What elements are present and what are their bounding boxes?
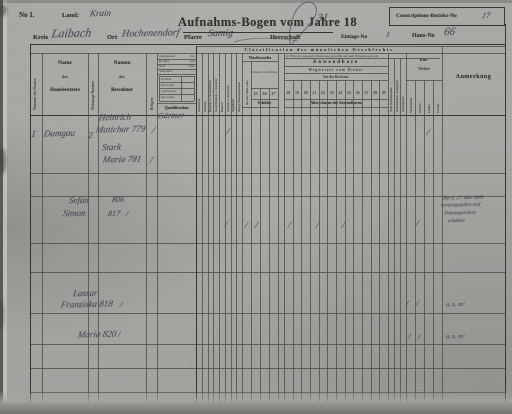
handwritten-entry: /: [151, 126, 155, 135]
anwendbare-age-header: 24: [336, 91, 345, 95]
grid-hline: [284, 66, 388, 67]
anwendbare-age-header: 19: [293, 91, 302, 95]
revision-row-label: Abwesende: [161, 95, 181, 99]
handwritten-entry: Damgau: [43, 129, 76, 139]
grid-vline: [301, 80, 302, 402]
anwendbare-age-header: 29: [379, 91, 388, 95]
grid-vline: [336, 80, 337, 402]
anwendbare-age-header: 20: [301, 91, 310, 95]
grid-vline: [406, 53, 407, 402]
class-column-label: Beamte u. Honoratioren: [208, 56, 212, 112]
weiber-column-label: Ledige: [427, 82, 431, 113]
stichtag-row-value: —: [191, 69, 194, 73]
scan-bottom-band: [0, 403, 512, 414]
handwritten-entry: /: [426, 128, 430, 137]
anwendbare-age-header: 28: [371, 91, 380, 95]
handwritten-entry: Heinrich: [98, 113, 132, 123]
herrschaft-label: Herrschaft: [270, 34, 300, 41]
handwritten-entry: /: [117, 331, 120, 339]
grid-hline: [284, 73, 388, 74]
nachwuchs-age-header: 15: [251, 91, 260, 96]
grid-vline: [30, 44, 31, 402]
scanned-census-form: No 1. Land: Krain Conscriptions-Bezirks-…: [0, 0, 512, 414]
grid-hline: [251, 99, 278, 100]
stichtag-row: Buch1846: [159, 64, 195, 68]
kreis-value-handwritten: Laibach: [51, 27, 92, 40]
right-column-label: Zum Dienste untauglich: [395, 62, 399, 112]
scan-edge-left-light: [3, 0, 7, 414]
kreis-label: Kreis: [33, 34, 48, 41]
stichtag-row-label: Gestorben: [159, 69, 172, 73]
handwritten-entry: Mit d. 17. Mai 1846: [443, 196, 484, 202]
handwritten-entry: /: [417, 333, 420, 341]
handwritten-entry: /: [405, 300, 408, 308]
conscription-district-value-handwritten: 17: [481, 12, 490, 20]
conscription-district-label: Conscriptions-Bezirks-No: [396, 13, 457, 19]
grid-vline: [98, 53, 99, 402]
conscription-district-box: Conscriptions-Bezirks-No 17: [389, 7, 505, 26]
nachwuchs-age-header: 17: [269, 91, 278, 96]
grid-vline: [181, 76, 182, 101]
handwritten-entry: /: [149, 156, 153, 165]
grid-hline: [251, 88, 278, 89]
handwritten-entry: 817: [107, 210, 120, 218]
grid-hline: [284, 58, 440, 59]
weiber-column-label: Fremde: [436, 82, 440, 113]
handwritten-entry: /: [119, 301, 122, 309]
stichtag-row-value: Jun: [190, 54, 194, 58]
column-label-religion: Religion: [150, 60, 154, 110]
grid-vline: [371, 80, 372, 402]
classification-banner: Classification des männlichen Geschlecht…: [196, 47, 442, 52]
class-column-label: Adelige: [203, 56, 207, 112]
grid-vline: [353, 80, 354, 402]
anwendbare-age-header: 23: [327, 91, 336, 95]
handwritten-entry: /: [407, 333, 410, 341]
column-label-hausbesitzer-2: des: [42, 74, 88, 79]
grid-vline: [242, 53, 243, 402]
stichtag-row-label: Weggegeben:: [159, 54, 176, 58]
grid-vline: [278, 53, 279, 402]
grid-vline: [88, 53, 89, 402]
handwritten-entry: Gärtner: [157, 112, 184, 121]
weiber-column-label: Verehelichte: [409, 82, 413, 113]
grid-vline: [442, 46, 443, 402]
stichtag-row-label: Im Jahre: [159, 59, 170, 63]
grid-hline: [30, 44, 505, 45]
column-label-haus-nummer: Nummer des Hauses: [33, 58, 37, 110]
handwritten-entry: /: [244, 221, 248, 230]
grid-hline: [30, 53, 505, 54]
anwendbare-age-header: 22: [319, 91, 328, 95]
handwritten-entry: Maria 781: [102, 155, 142, 165]
haus-label: Haus-No: [412, 33, 435, 39]
nachwuchs-age-header: 16: [260, 91, 269, 96]
handwritten-entry: /: [125, 210, 128, 218]
pfarre-value-handwritten: Samig: [207, 29, 234, 40]
handwritten-entry: /: [224, 220, 228, 229]
column-label-hausbesitzer-1: Name: [42, 60, 88, 66]
grid-vline: [310, 80, 311, 402]
einlage-label: Einlage-No: [341, 34, 367, 40]
grid-vline: [42, 53, 43, 402]
ort-label: Ort: [107, 34, 117, 41]
handwritten-entry: a. n. m/: [446, 302, 465, 308]
grid-vline: [379, 80, 380, 402]
handwritten-entry: /: [415, 300, 418, 308]
stichtag-row: Weggegeben:Jun: [159, 54, 195, 58]
land-label: Land:: [62, 12, 79, 19]
column-label-wohnungs-nummer: Wohnungs-Nummer: [91, 58, 95, 110]
anwendbare-age-header: 25: [345, 91, 354, 95]
anwendbare-age-header: 21: [310, 91, 319, 95]
grid-vline: [327, 80, 328, 402]
handwritten-entry: Lassar: [72, 289, 98, 299]
anmerkung-label: Anmerkung: [442, 74, 505, 80]
grid-hline: [157, 74, 196, 75]
qualification-label: Qualification: [157, 105, 196, 110]
grid-vline: [345, 80, 346, 402]
einlage-value-handwritten: 1: [385, 31, 390, 39]
scan-bottom-fade: [0, 390, 512, 403]
pfarre-label: Pfarre: [184, 34, 202, 41]
grid-hline: [157, 103, 196, 104]
stichtag-row-value: 1846: [188, 64, 194, 68]
handwritten-entry: /: [225, 128, 229, 138]
right-column-label: Vom Militärstande: [389, 62, 393, 112]
anwendbare-sub2: bei der Revision: [284, 75, 388, 79]
ort-value-handwritten: Hochenendorf: [121, 28, 180, 39]
grid-vline: [433, 80, 434, 402]
revision-row-label: Revision: [161, 77, 181, 81]
class-column-label: Bauern: [220, 56, 224, 112]
anwendbare-age-header: 27: [362, 91, 371, 95]
class-column-label: Häusler u. Inwohner: [226, 56, 230, 112]
weiber-title-2: Weiber: [406, 66, 442, 71]
nachwuchs-mid-label: im Alter von Jahren: [251, 70, 278, 74]
column-label-bewohner-3: Bewohner: [98, 88, 146, 93]
grid-vline: [146, 53, 147, 402]
handwritten-entry: Sefan: [68, 196, 89, 205]
land-value-handwritten: Krain: [89, 9, 111, 18]
grid-vline: [157, 53, 158, 402]
handwritten-entry: Simon: [62, 209, 86, 218]
grid-vline: [284, 53, 285, 402]
column-label-bewohner-2: der: [98, 74, 146, 79]
handwritten-entry: Trauungsschein: [444, 211, 477, 217]
anwendbare-age-header: 18: [284, 91, 293, 95]
class-column-label: Gewerbsleute u. Künstler: [214, 56, 218, 112]
stichtag-row: Gestorben—: [159, 69, 195, 73]
handwritten-entry: herausgegeben und: [441, 203, 481, 209]
weiber-column-label: Witwen: [418, 82, 422, 113]
column-label-bewohner-1: Namen: [98, 60, 146, 66]
grid-hline: [159, 101, 194, 102]
handwritten-entry: 806: [111, 196, 124, 204]
anwendbare-sub1: Wegweiser zum Dienst: [284, 68, 388, 72]
handwritten-entry: 1: [30, 130, 37, 140]
grid-hline: [183, 32, 333, 33]
handwritten-entry: /: [287, 221, 291, 230]
class-column-label: Geistliche: [197, 56, 201, 112]
grid-vline: [251, 61, 252, 402]
handwritten-entry: /: [254, 221, 258, 230]
stichtag-row-value: Juli: [190, 59, 195, 63]
grid-vline: [260, 88, 261, 402]
anwendbare-title: Anwendbare: [284, 60, 388, 65]
handwritten-entry: Matichar 779: [95, 124, 146, 134]
grid-vline: [319, 80, 320, 402]
handwritten-entry: 2: [87, 131, 93, 140]
grid-vline: [362, 80, 363, 402]
nachwuchs-side-col-label: bis zum 14ten Jahre: [245, 63, 249, 105]
revision-row-label: Anwesende: [161, 83, 181, 87]
revision-row-label: Geschiedene: [161, 89, 181, 93]
nachwuchs-title: Nachwuchs: [242, 55, 278, 60]
handwritten-entry: a. n. m/: [446, 334, 465, 340]
handwritten-entry: Franziska 818: [60, 299, 113, 309]
class-column-label: übrige Mannspersonen: [237, 56, 241, 112]
grid-hline: [196, 46, 505, 47]
anwendbare-age-header: 26: [353, 91, 362, 95]
stichtag-row: Im JahreJuli: [159, 59, 195, 63]
handwritten-entry: /: [415, 219, 419, 228]
grid-vline: [293, 80, 294, 402]
grid-vline: [269, 88, 270, 402]
nachwuchs-caption: Schüler: [251, 100, 278, 105]
grid-vline: [505, 24, 506, 402]
right-column-label: Abwesende: [401, 62, 405, 112]
stichtag-row-label: Buch: [159, 64, 166, 68]
grid-hline: [242, 61, 278, 62]
column-label-hausbesitzer-3: Hausbesitzers: [42, 88, 88, 93]
handwritten-entry: erhalten: [448, 219, 465, 224]
handwritten-entry: Maria 820: [77, 330, 117, 340]
grid-vline: [424, 80, 425, 402]
class-column-label: Taglöhner: [231, 56, 235, 112]
grid-vline: [415, 80, 416, 402]
haus-value-handwritten: 66: [443, 27, 456, 38]
form-number: No 1.: [19, 11, 35, 19]
grid-vline: [194, 76, 195, 101]
handwritten-entry: Stark: [101, 143, 121, 152]
